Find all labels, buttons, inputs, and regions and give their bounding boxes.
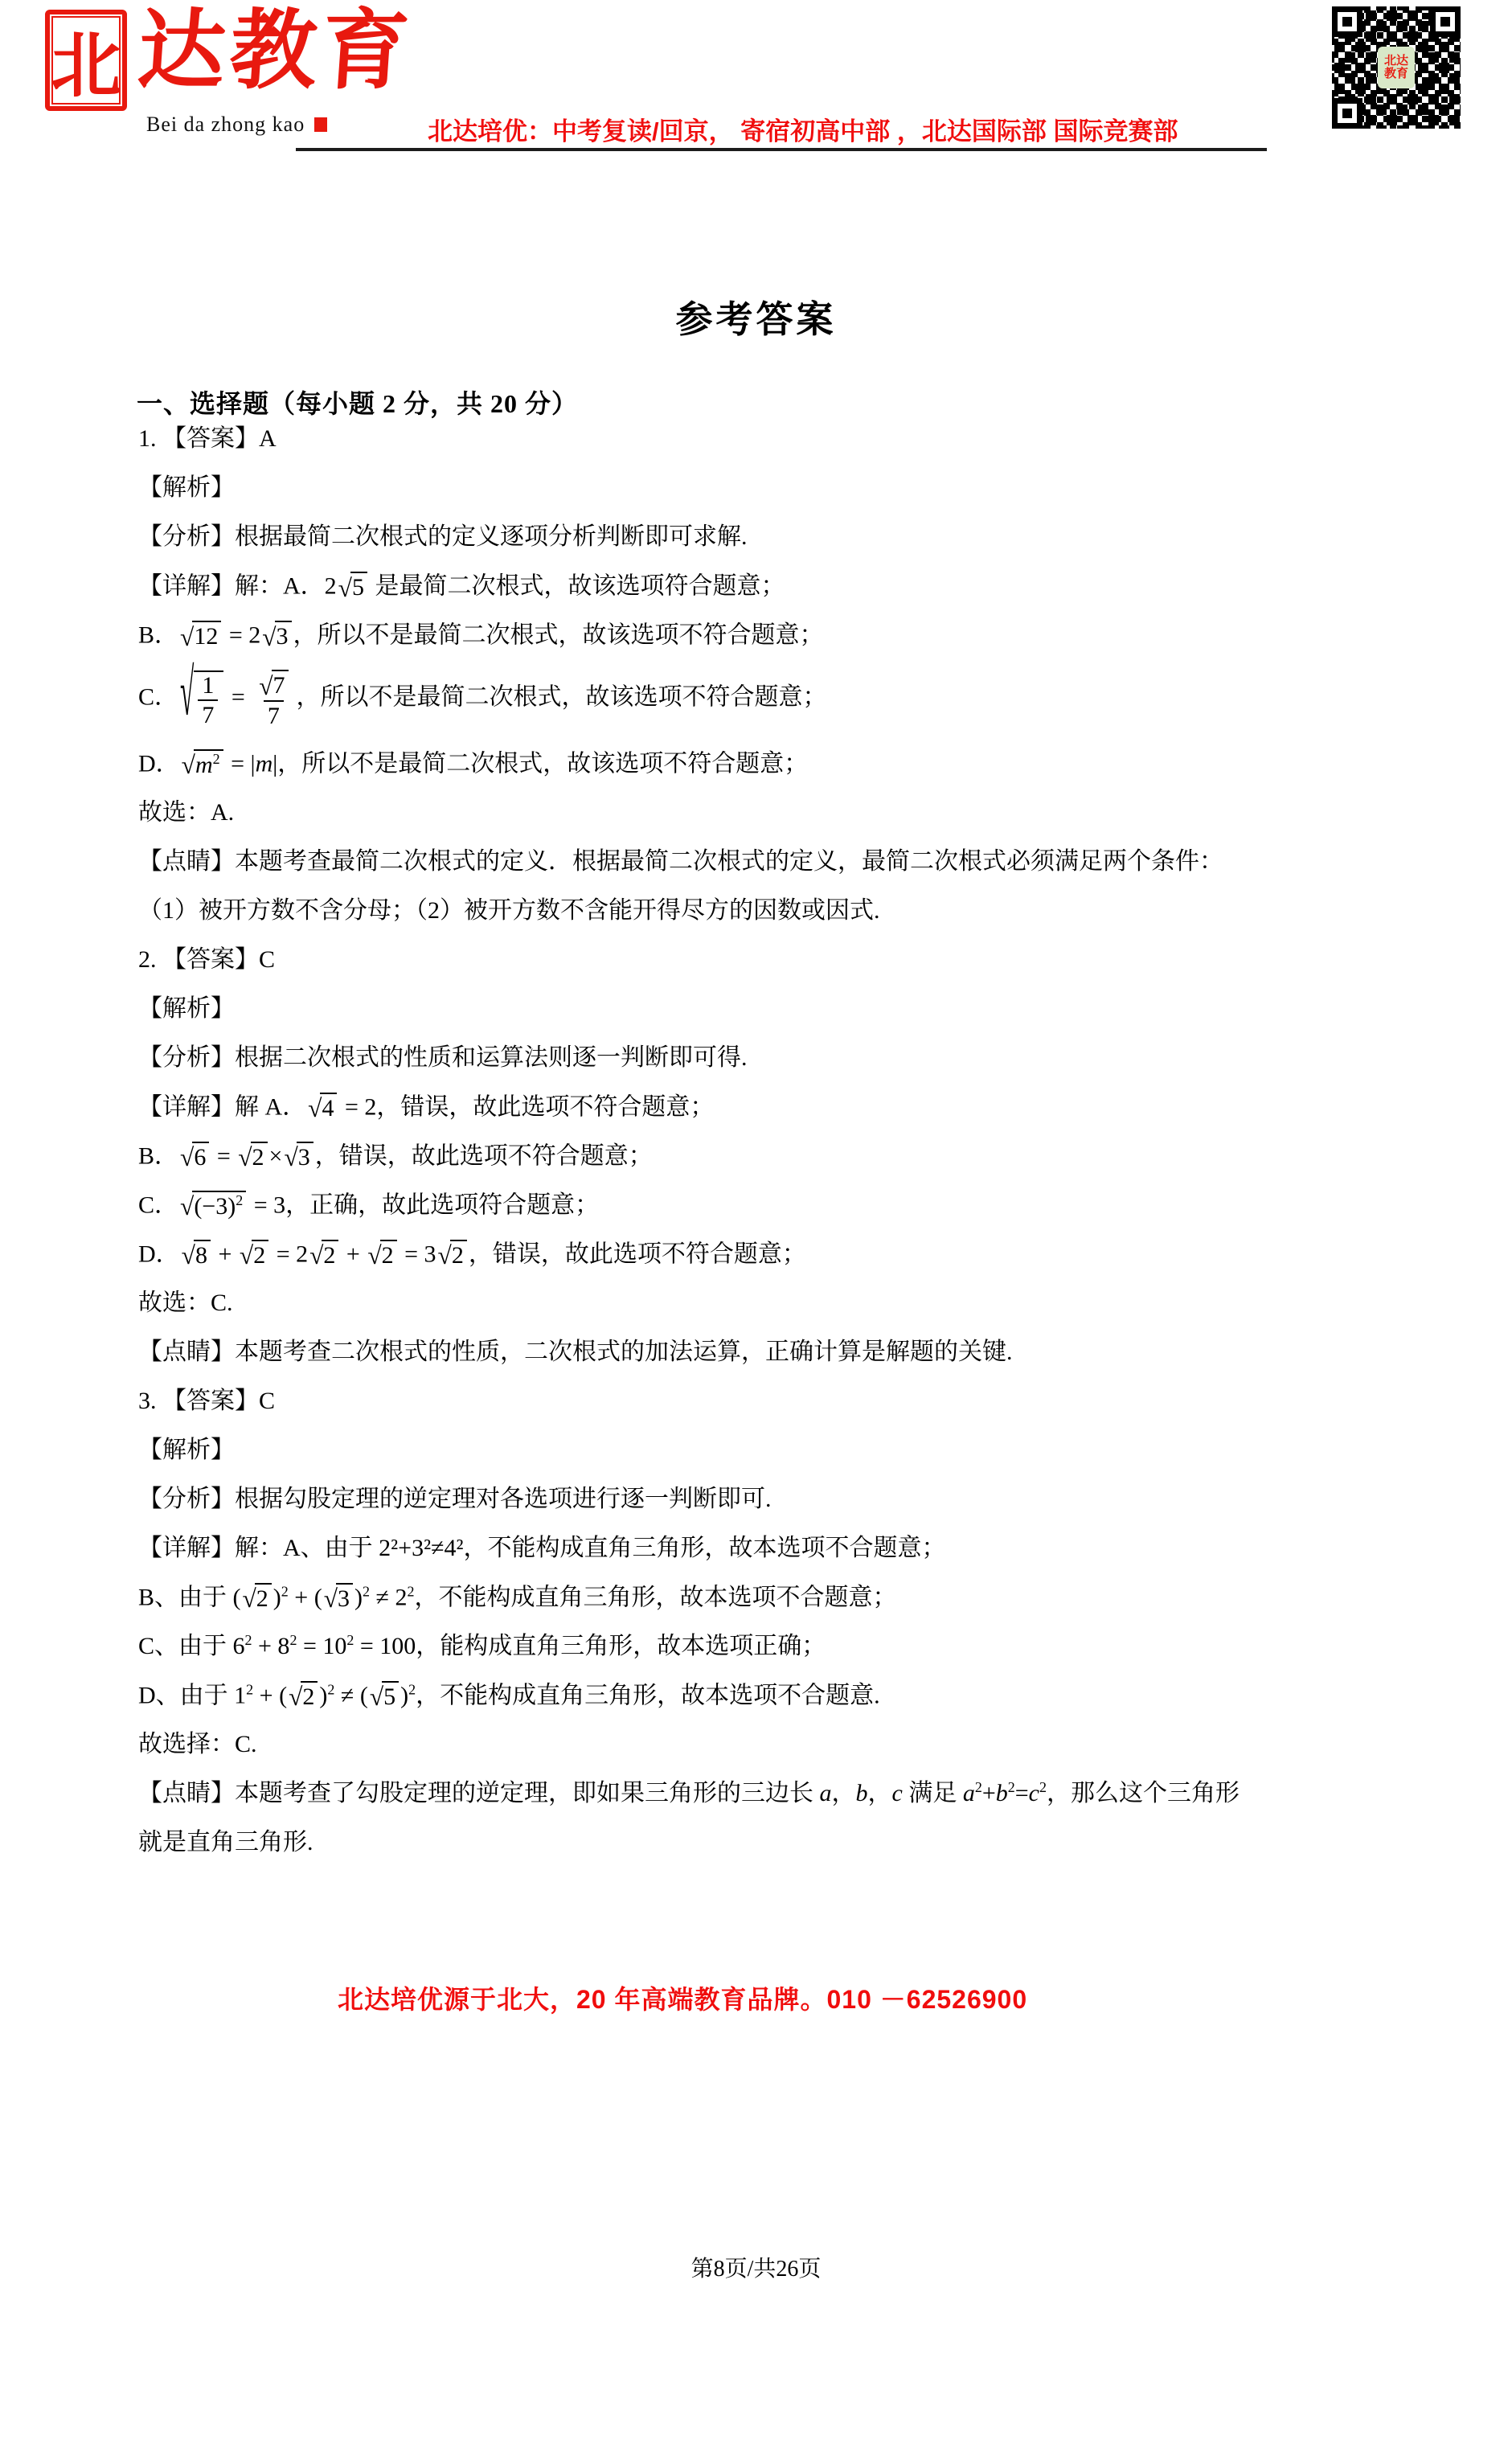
sqrt-radical: √2: [238, 1142, 267, 1171]
superscript: 2: [246, 1681, 253, 1697]
text-run: C．: [138, 684, 178, 711]
document-page: 北 达教育 Bei da zhong kao 北达培优：中考复读/回京， 寄宿初…: [0, 0, 1512, 2448]
radicand: 3: [297, 1142, 313, 1171]
sqrt-radical: √2: [309, 1240, 338, 1269]
text-run: 6: [194, 1144, 206, 1171]
sqrt-radical: √7: [259, 670, 288, 699]
text-run: （1）被开方数不含分母；（2）被开方数不含能开得尽方的因数或因式.: [138, 897, 880, 924]
text-run: ): [319, 1682, 327, 1708]
radicand: m2: [194, 749, 223, 778]
sqrt-radical: √4: [308, 1093, 337, 1121]
text-run: 【分析】根据最简二次根式的定义逐项分析判断即可求解.: [138, 523, 748, 550]
sqrt-radical: √2: [438, 1240, 467, 1269]
text-run: 故选择：C.: [138, 1731, 257, 1757]
sqrt-radical: √2: [243, 1583, 272, 1612]
sqrt-radical: √8: [182, 1240, 211, 1269]
text-run: ，: [832, 1780, 856, 1806]
text-run: 满足: [903, 1780, 963, 1806]
radical-sign-icon: √: [180, 660, 194, 726]
fraction: 17: [198, 673, 218, 728]
radicand: 2: [322, 1240, 338, 1269]
text-run: 5: [383, 1683, 395, 1710]
answer-line: B．√12 = 2√3，所以不是最简二次根式，故该选项不符合题意；: [138, 621, 1457, 650]
answer-line: 【详解】解：A、由于 2²+3²≠4²，不能构成直角三角形，故本选项不合题意；: [138, 1534, 1457, 1563]
superscript: 2: [245, 1632, 252, 1648]
text-run: 7: [268, 703, 280, 729]
text-run: 故选：C.: [138, 1290, 233, 1316]
answer-line: 【点睛】本题考查最简二次根式的定义．根据最简二次根式的定义，最简二次根式必须满足…: [138, 847, 1457, 876]
text-run: 【详解】解 A．: [138, 1093, 306, 1120]
sqrt-radical: √5: [338, 572, 367, 601]
radicand: 2: [251, 1142, 268, 1171]
beida-logo: 北 达教育: [45, 10, 413, 111]
answer-line: 就是直角三角形.: [138, 1828, 1457, 1857]
answer-line: 【点睛】本题考查了勾股定理的逆定理，即如果三角形的三边长 a，b，c 满足 a2…: [138, 1779, 1457, 1808]
text-run: 【分析】根据勾股定理的逆定理对各选项进行逐一判断即可.: [138, 1486, 772, 1512]
math-variable: b: [996, 1780, 1008, 1806]
text-run: + 8: [252, 1633, 290, 1659]
sqrt-radical: √17: [180, 670, 223, 728]
math-variable: c: [892, 1780, 903, 1806]
text-run: B、由于 (: [138, 1584, 241, 1610]
logo-seal: 北: [45, 10, 127, 111]
text-run: 2: [252, 1144, 264, 1171]
superscript: 2: [408, 1681, 416, 1697]
answer-line: 【解析】: [138, 994, 1457, 1023]
math-variable: m: [256, 750, 273, 777]
page-header: 北 达教育 Bei da zhong kao 北达培优：中考复读/回京， 寄宿初…: [0, 0, 1512, 161]
text-run: 2: [302, 1683, 314, 1710]
text-run: 【点睛】本题考查最简二次根式的定义．根据最简二次根式的定义，最简二次根式必须满足…: [138, 848, 1223, 875]
text-run: = |: [225, 750, 256, 777]
numerator: 1: [198, 673, 218, 700]
answer-line: 【详解】解 A．√4 = 2，错误，故此选项不符合题意；: [138, 1093, 1457, 1121]
denominator: 7: [264, 700, 284, 729]
radicand: 3: [336, 1583, 353, 1612]
text-run: 【点睛】本题考查二次根式的性质，二次根式的加法运算，正确计算是解题的关键.: [138, 1339, 1013, 1365]
text-run: ，不能构成直角三角形，故本选项不合题意.: [416, 1682, 880, 1708]
radicand: 5: [350, 572, 367, 601]
text-run: 3. 【答案】C: [138, 1388, 275, 1414]
text-run: ): [354, 1584, 363, 1610]
answer-line: D．√m2 = |m|，所以不是最简二次根式，故该选项不符合题意；: [138, 749, 1457, 778]
section-heading: 一、选择题（每小题 2 分，共 20 分）: [137, 383, 578, 420]
answer-line: C．√(−3)2 = 3，正确，故此选项符合题意；: [138, 1191, 1457, 1220]
text-run: 就是直角三角形.: [138, 1829, 313, 1855]
answer-line: D．√8 + √2 = 2√2 + √2 = 3√2，错误，故此选项不符合题意；: [138, 1240, 1457, 1269]
text-run: 3: [298, 1144, 310, 1171]
answer-line: 3. 【答案】C: [138, 1387, 1457, 1416]
text-run: ≠ 2: [370, 1584, 407, 1610]
math-variable: a: [820, 1780, 832, 1806]
radicand: 6: [192, 1142, 209, 1171]
answer-line: 【解析】: [138, 1436, 1457, 1465]
sqrt-radical: √2: [240, 1240, 268, 1269]
answer-line: B．√6 = √2×√3，错误，故此选项不符合题意；: [138, 1142, 1457, 1171]
text-run: 7: [273, 672, 285, 699]
text-run: + (: [253, 1682, 287, 1708]
sqrt-radical: √3: [262, 621, 291, 650]
text-run: = 100，能构成直角三角形，故本选项正确；: [354, 1633, 826, 1659]
sqrt-radical: √3: [284, 1142, 313, 1171]
radicand: 2: [380, 1240, 397, 1269]
text-run: 【解析】: [138, 995, 235, 1022]
answer-line: 故选：A.: [138, 798, 1457, 827]
sqrt-radical: √5: [370, 1681, 399, 1710]
logo-script-text: 达教育: [135, 5, 416, 100]
text-run: 【解析】: [138, 1437, 235, 1463]
radicand: (−3)2: [192, 1191, 246, 1220]
sqrt-radical: √3: [324, 1583, 353, 1612]
text-run: 【详解】解：A、由于 2²+3²≠4²，不能构成直角三角形，故本选项不合题意；: [138, 1535, 946, 1561]
text-run: 5: [352, 574, 364, 601]
answer-line: 故选：C.: [138, 1289, 1457, 1318]
text-run: ，: [868, 1780, 892, 1806]
text-run: ): [273, 1584, 281, 1610]
answer-line: 【详解】解：A．2√5 是最简二次根式，故该选项符合题意；: [138, 572, 1457, 601]
text-run: +: [982, 1780, 996, 1806]
text-run: ，那么这个三角形: [1047, 1780, 1240, 1806]
text-run: 故选：A.: [138, 799, 234, 826]
text-run: ，所以不是最简二次根式，故该选项不符合题意；: [293, 622, 824, 649]
radicand: 2: [252, 1240, 268, 1269]
answer-line: B、由于 (√2)2 + (√3)2 ≠ 22，不能构成直角三角形，故本选项不合…: [138, 1583, 1457, 1612]
text-run: + (: [289, 1584, 322, 1610]
superscript: 2: [1039, 1779, 1047, 1795]
text-run: 1: [202, 672, 214, 699]
answer-line: 【分析】根据勾股定理的逆定理对各选项进行逐一判断即可.: [138, 1485, 1457, 1514]
radicand: 4: [320, 1093, 337, 1121]
text-run: 12: [194, 623, 218, 650]
header-tagline: 北达培优：中考复读/回京， 寄宿初高中部 ，北达国际部 国际竞赛部: [428, 111, 1178, 147]
radicand: 12: [192, 621, 221, 650]
text-run: ×: [269, 1142, 283, 1169]
sqrt-radical: √(−3)2: [180, 1191, 246, 1220]
text-run: ): [400, 1682, 408, 1708]
text-run: 2. 【答案】C: [138, 946, 275, 973]
math-variable: b: [856, 1780, 868, 1806]
text-run: 2: [253, 1242, 265, 1269]
superscript: 2: [1008, 1779, 1015, 1795]
radicand: 17: [194, 670, 223, 728]
superscript: 2: [975, 1779, 982, 1795]
text-run: 7: [202, 702, 214, 728]
radicand: 2: [301, 1681, 318, 1710]
answer-line: 2. 【答案】C: [138, 945, 1457, 974]
answer-line: 【点睛】本题考查二次根式的性质，二次根式的加法运算，正确计算是解题的关键.: [138, 1338, 1457, 1367]
answers-content: 1. 【答案】A【解析】【分析】根据最简二次根式的定义逐项分析判断即可求解.【详…: [138, 424, 1457, 1877]
text-run: 【解析】: [138, 474, 235, 501]
text-run: 8: [195, 1242, 207, 1269]
radicand: 2: [450, 1240, 467, 1269]
numerator: √7: [253, 670, 293, 700]
answer-line: （1）被开方数不含分母；（2）被开方数不含能开得尽方的因数或因式.: [138, 896, 1457, 925]
red-square-marker: [314, 117, 327, 132]
text-run: 2: [452, 1242, 464, 1269]
text-run: =: [1015, 1780, 1029, 1806]
logo-subtitle-text: Bei da zhong kao: [146, 113, 305, 137]
text-run: ，不能构成直角三角形，故本选项不合题意；: [414, 1584, 896, 1610]
radicand: 3: [275, 621, 292, 650]
answer-line: 【分析】根据最简二次根式的定义逐项分析判断即可求解.: [138, 523, 1457, 552]
qr-center-label: 北达 教育: [1378, 47, 1415, 88]
superscript: 2: [281, 1583, 289, 1599]
answer-line: 故选择：C.: [138, 1730, 1457, 1759]
text-run: 4: [322, 1095, 334, 1121]
text-run: =: [211, 1142, 236, 1169]
text-run: ，所以不是最简二次根式，故该选项不符合题意；: [297, 684, 827, 711]
text-run: 3: [277, 623, 289, 650]
math-variable: c: [1029, 1780, 1039, 1806]
page-title: 参考答案: [0, 290, 1512, 343]
text-run: = 2: [270, 1240, 308, 1267]
watermark-text: 北达培优源于北大，20 年高端教育品牌。010 －62526900: [338, 1979, 1027, 2016]
text-run: = 2: [223, 622, 260, 649]
text-run: = 10: [297, 1633, 346, 1659]
answer-line: D、由于 12 + (√2)2 ≠ (√5)2，不能构成直角三角形，故本选项不合…: [138, 1681, 1457, 1710]
text-run: (−3): [194, 1193, 236, 1220]
superscript: 2: [213, 751, 220, 767]
qr-code: 北达 教育: [1332, 6, 1461, 129]
text-run: ≠ (: [334, 1682, 367, 1708]
answer-line: C．√17 = √77，所以不是最简二次根式，故该选项不符合题意；: [138, 670, 1457, 729]
fraction: √77: [253, 670, 293, 729]
text-run: B．: [138, 622, 178, 649]
text-run: 1. 【答案】A: [138, 425, 277, 452]
text-run: D、由于 1: [138, 1682, 246, 1708]
sqrt-radical: √m2: [182, 749, 223, 778]
text-run: D．: [138, 750, 180, 777]
sqrt-radical: √2: [367, 1240, 396, 1269]
denominator: 7: [198, 699, 218, 728]
superscript: 2: [346, 1632, 354, 1648]
text-run: = 3，正确，故此选项符合题意；: [248, 1191, 599, 1218]
header-divider: [296, 148, 1267, 151]
text-run: 【点睛】本题考查了勾股定理的逆定理，即如果三角形的三边长: [138, 1780, 820, 1806]
text-run: C．: [138, 1191, 178, 1218]
text-run: 3: [338, 1585, 350, 1612]
answer-line: C、由于 62 + 82 = 102 = 100，能构成直角三角形，故本选项正确…: [138, 1632, 1457, 1661]
text-run: 2: [323, 1242, 335, 1269]
sqrt-radical: √6: [180, 1142, 209, 1171]
answer-line: 【分析】根据二次根式的性质和运算法则逐一判断即可得.: [138, 1044, 1457, 1072]
sqrt-radical: √2: [289, 1681, 318, 1710]
text-run: 【详解】解：A．2: [138, 573, 337, 600]
qr-finder-icon: [1332, 98, 1362, 129]
text-run: = 2，错误，故此选项不符合题意；: [338, 1093, 714, 1120]
math-variable: m: [195, 752, 213, 778]
text-run: B．: [138, 1142, 178, 1169]
qr-finder-icon: [1332, 6, 1362, 37]
text-run: +: [340, 1240, 366, 1267]
text-run: 【分析】根据二次根式的性质和运算法则逐一判断即可得.: [138, 1044, 748, 1071]
text-run: 是最简二次根式，故该选项符合题意；: [369, 573, 785, 600]
radicand: 2: [255, 1583, 272, 1612]
text-run: D．: [138, 1240, 180, 1267]
math-variable: a: [963, 1780, 975, 1806]
text-run: C、由于 6: [138, 1633, 245, 1659]
text-run: 2: [256, 1585, 268, 1612]
radicand: 5: [382, 1681, 399, 1710]
qr-finder-icon: [1430, 6, 1461, 37]
page-number: 第8页/共26页: [0, 2251, 1512, 2283]
superscript: 2: [363, 1583, 370, 1599]
answer-line: 1. 【答案】A: [138, 424, 1457, 453]
text-run: ，错误，故此选项不符合题意；: [315, 1142, 653, 1169]
radicand: 7: [272, 670, 289, 699]
logo-subtitle: Bei da zhong kao: [146, 113, 327, 137]
answer-line: 【解析】: [138, 474, 1457, 502]
text-run: 2: [382, 1242, 394, 1269]
logo-seal-char: 北: [51, 10, 121, 111]
superscript: 2: [236, 1192, 243, 1208]
text-run: =: [225, 684, 251, 711]
text-run: ，错误，故此选项不符合题意；: [469, 1240, 806, 1267]
text-run: |，所以不是最简二次根式，故该选项不符合题意；: [272, 750, 808, 777]
text-run: = 3: [399, 1240, 436, 1267]
sqrt-radical: √12: [180, 621, 221, 650]
text-run: +: [212, 1240, 238, 1267]
radicand: 8: [194, 1240, 211, 1269]
